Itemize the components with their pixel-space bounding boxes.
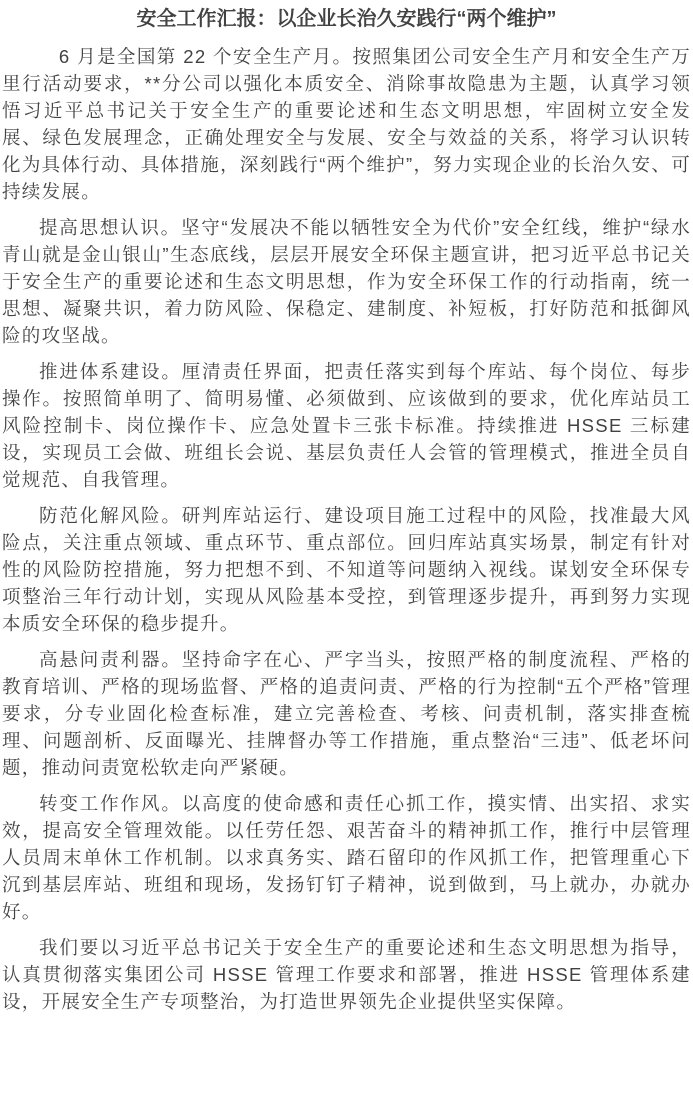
paragraph-work-style: 转变工作作风。以高度的使命感和责任心抓工作，摸实情、出实招、求实效，提高安全管理… <box>2 790 691 925</box>
paragraph-system-building: 推进体系建设。厘清责任界面，把责任落实到每个库站、每个岗位、每步操作。按照简单明… <box>2 358 691 493</box>
paragraph-conclusion: 我们要以习近平总书记关于安全生产的重要论述和生态文明思想为指导，认真贯彻落实集团… <box>2 934 691 1015</box>
paragraph-risk-mitigation: 防范化解风险。研判库站运行、建设项目施工过程中的风险，找准最大风险点，关注重点领… <box>2 502 691 637</box>
paragraph-raise-awareness: 提高思想认识。坚守“发展决不能以牺牲安全为代价”安全红线，维护“绿水青山就是金山… <box>2 214 691 349</box>
paragraph-accountability: 高悬问责利器。坚持命字在心、严字当头，按照严格的制度流程、严格的教育培训、严格的… <box>2 646 691 781</box>
page-title: 安全工作汇报：以企业长治久安践行“两个维护” <box>2 5 691 33</box>
paragraph-intro: 6 月是全国第 22 个安全生产月。按照集团公司安全生产月和安全生产万里行活动要… <box>2 43 691 205</box>
document-page: 安全工作汇报：以企业长治久安践行“两个维护” 6 月是全国第 22 个安全生产月… <box>0 0 693 1097</box>
